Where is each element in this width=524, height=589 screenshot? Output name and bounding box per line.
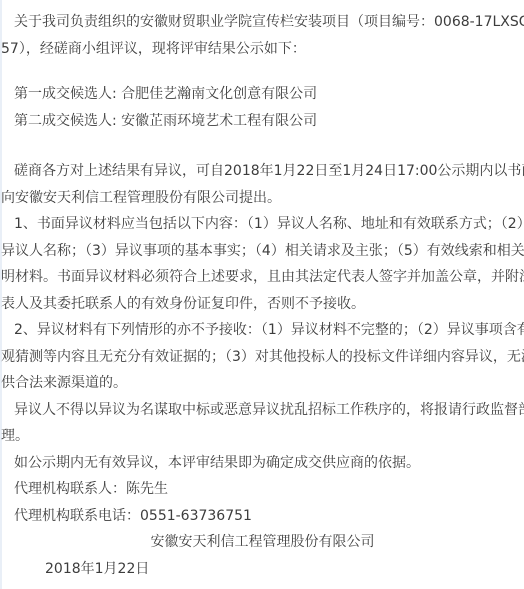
line-validity-note: 如公示期内无有效异议，本评审结果即为确定成交供应商的依据。 [1,450,524,477]
line-objection-period-2: 向安徽安天利信工程管理股份有限公司提出。 [1,185,524,212]
line-objection-period-1: 磋商各方对上述结果有异议，可自2018年1月22日至1月24日17:00公示期内… [1,158,524,185]
line-rule1-4: 表人及其委托联系人的有效身份证复印件，否则不予接收。 [1,291,524,318]
paragraph-gap [1,134,524,158]
line-warning-1: 异议人不得以异议为名谋取中标或恶意异议扰乱招标工作秩序的，将报请行政监督部门处 [1,397,524,424]
line-rule1-1: 1、书面异议材料应当包括以下内容：（1）异议人名称、地址和有效联系方式；（2）被 [1,211,524,238]
line-rule2-3: 供合法来源渠道的。 [1,370,524,397]
line-candidate-1: 第一成交候选人: 合肥佳艺瀚南文化创意有限公司 [1,81,524,108]
line-warning-2: 理。 [1,423,524,450]
line-rule1-2: 异议人名称；（3）异议事项的基本事实；（4）相关请求及主张；（5）有效线索和相关… [1,238,524,265]
line-contact-person: 代理机构联系人：陈先生 [1,476,524,503]
line-rule1-3: 明材料。书面异议材料必须符合上述要求，且由其法定代表人签字并加盖公章，并附法定代 [1,264,524,291]
announcement-page: 关于我司负责组织的安徽财贸职业学院宣传栏安装项目（项目编号：0068-17LXS… [0,0,524,589]
line-contact-phone: 代理机构联系电话：0551-63736751 [1,503,524,530]
line-publish-date: 2018年1月22日 [1,556,524,583]
line-agency-signature: 安徽安天利信工程管理股份有限公司 [1,529,524,556]
line-candidate-2: 第二成交候选人: 安徽芷雨环境艺术工程有限公司 [1,108,524,135]
paragraph-gap [1,62,524,81]
line-intro-2: 57），经磋商小组评议，现将评审结果公示如下： [1,36,524,63]
line-rule2-2: 观猜测等内容且无充分有效证据的；（3）对其他投标人的投标文件详细内容异议，无法提 [1,344,524,371]
document-body: 关于我司负责组织的安徽财贸职业学院宣传栏安装项目（项目编号：0068-17LXS… [0,0,524,582]
line-rule2-1: 2、异议材料有下列情形的亦不予接收：（1）异议材料不完整的；（2）异议事项含有主 [1,317,524,344]
line-intro-1: 关于我司负责组织的安徽财贸职业学院宣传栏安装项目（项目编号：0068-17LXS… [1,9,524,36]
